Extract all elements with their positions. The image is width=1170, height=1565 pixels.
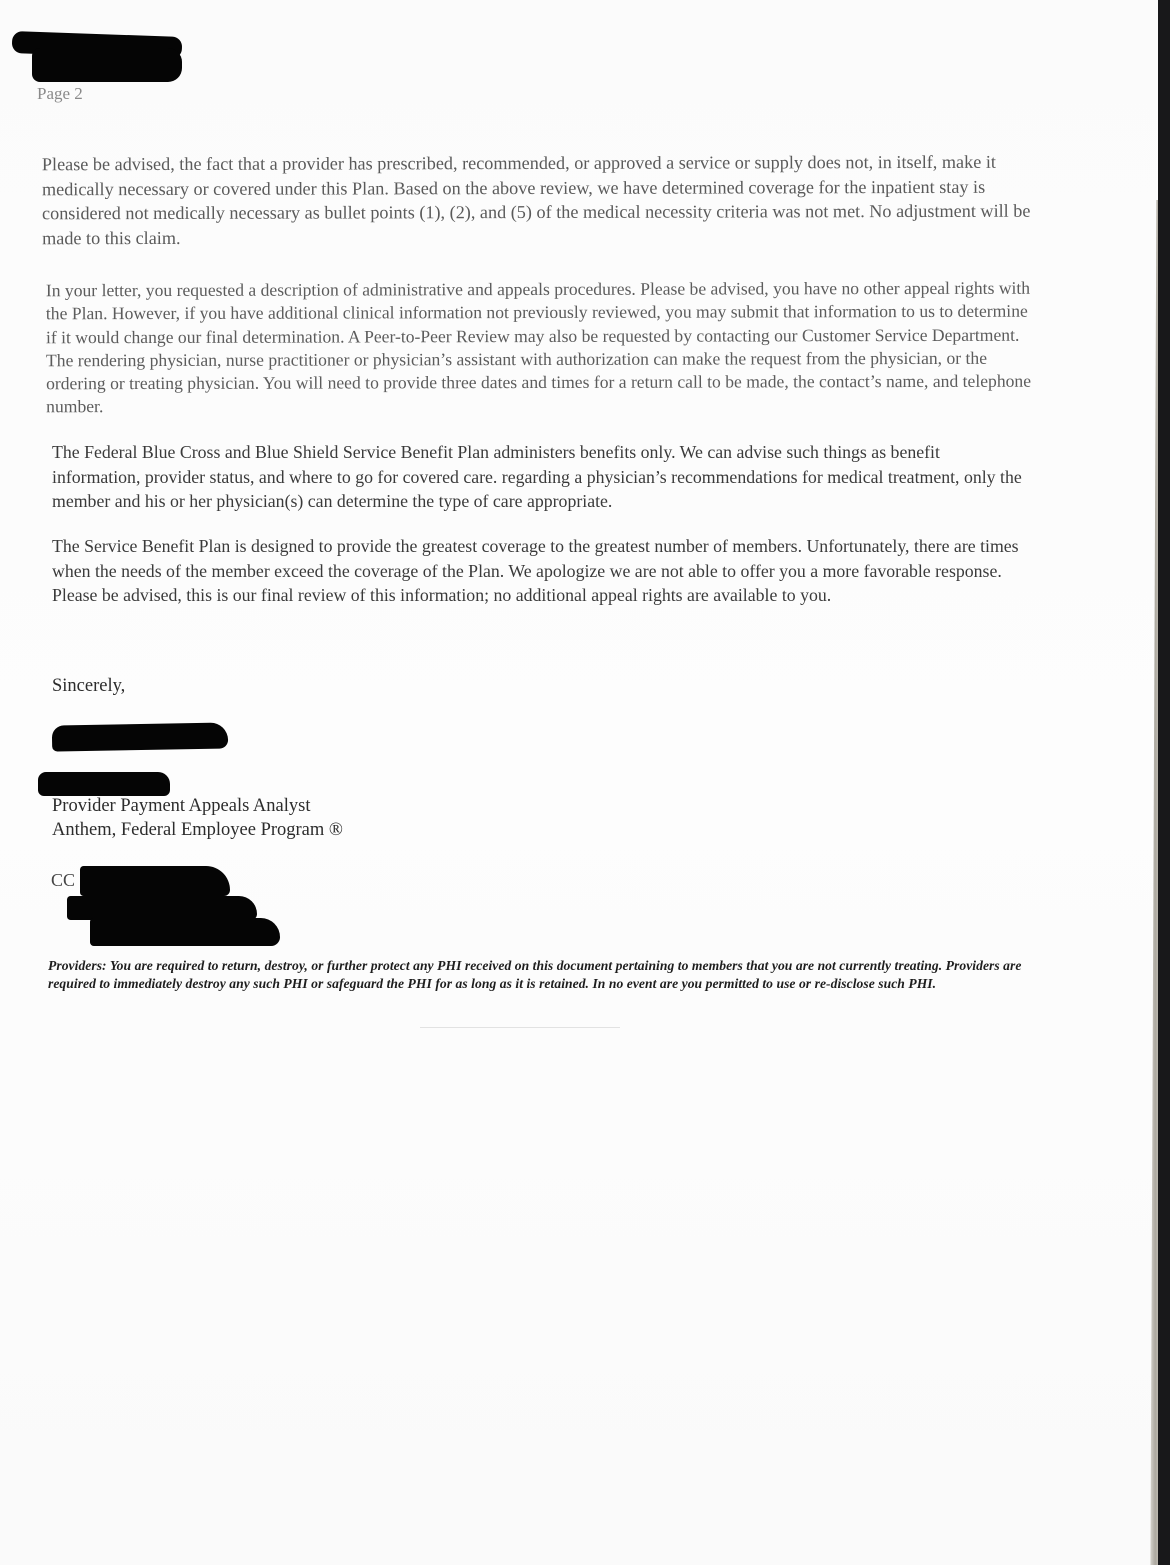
closing-salutation: Sincerely, (52, 676, 125, 697)
paragraph-appeal-procedures: In your letter, you requested a descript… (46, 277, 1031, 419)
redaction-signer-name (38, 772, 170, 796)
redaction-cc-2 (67, 896, 257, 920)
divider (420, 1027, 620, 1028)
redaction-cc-1 (80, 866, 230, 896)
background-edge (1158, 0, 1170, 1565)
paragraph-medical-necessity: Please be advised, the fact that a provi… (42, 150, 1032, 251)
redaction-cc-3 (90, 918, 280, 946)
phi-notice: Providers: You are required to return, d… (48, 957, 1038, 992)
signer-organization: Anthem, Federal Employee Program ® (52, 820, 343, 841)
redaction-header-2 (32, 48, 182, 82)
paragraph-final-review: The Service Benefit Plan is designed to … (52, 534, 1027, 608)
page-number: Page 2 (37, 84, 83, 104)
redaction-signature (52, 722, 228, 751)
signer-title: Provider Payment Appeals Analyst (52, 796, 310, 817)
paragraph-plan-administration: The Federal Blue Cross and Blue Shield S… (52, 440, 1027, 514)
letter-page: Page 2 Please be advised, the fact that … (0, 0, 1160, 1565)
cc-label: CC (51, 870, 75, 891)
